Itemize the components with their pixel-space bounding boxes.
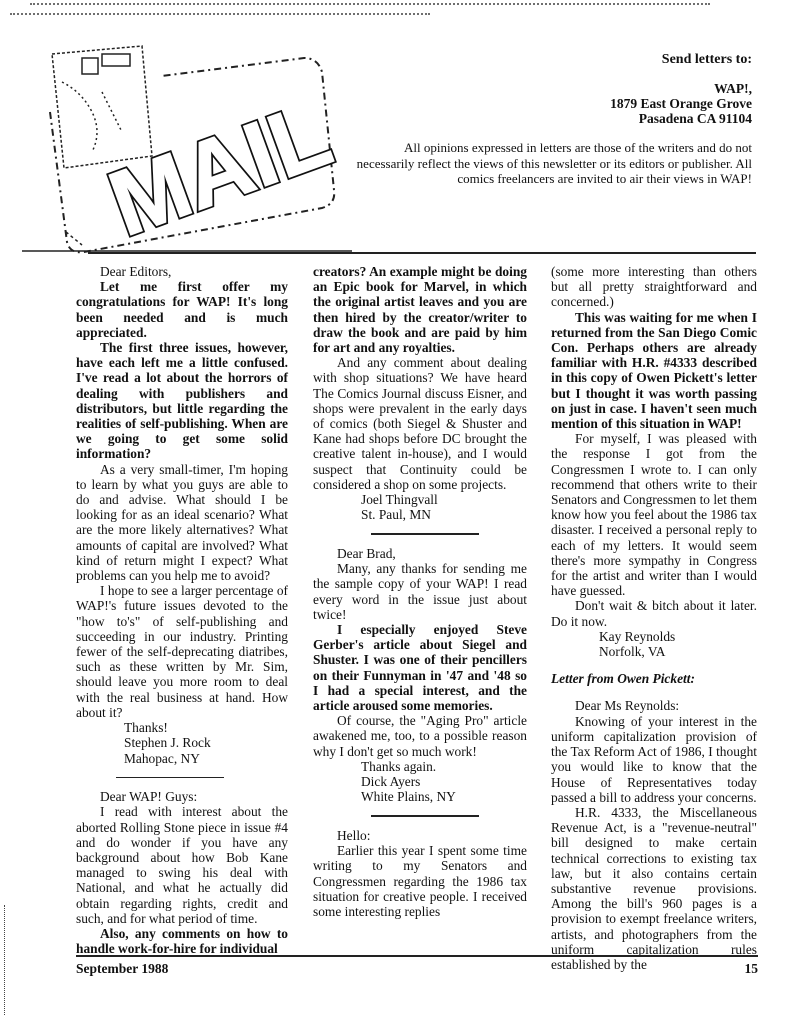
signature-name: Kay Reynolds bbox=[551, 629, 757, 644]
paragraph: And any comment about dealing with shop … bbox=[313, 355, 527, 492]
paragraph: Of course, the "Aging Pro" article awake… bbox=[313, 713, 527, 759]
enclosure-label: Letter from Owen Pickett: bbox=[551, 671, 757, 686]
scan-noise bbox=[0, 0, 790, 30]
paragraph: Knowing of your interest in the uniform … bbox=[551, 714, 757, 805]
scan-margin-mark bbox=[4, 905, 6, 1015]
salutation: Dear WAP! Guys: bbox=[76, 789, 288, 804]
issue-date: September 1988 bbox=[76, 961, 168, 977]
paragraph: Earlier this year I spent some time writ… bbox=[313, 843, 527, 919]
address-line: WAP!, bbox=[352, 81, 752, 96]
signature-name: Joel Thingvall bbox=[313, 492, 527, 507]
signature-location: Norfolk, VA bbox=[551, 644, 757, 659]
page-number: 15 bbox=[745, 961, 759, 977]
mail-stamp-logo: MAIL MAIL bbox=[22, 32, 352, 257]
paragraph: As a very small-timer, I'm hoping to lea… bbox=[76, 462, 288, 584]
signature-location: White Plains, NY bbox=[313, 789, 527, 804]
paragraph: Many, any thanks for sending me the samp… bbox=[313, 561, 527, 622]
paragraph: I hope to see a larger percentage of WAP… bbox=[76, 583, 288, 720]
letter-divider bbox=[371, 815, 479, 817]
letters-header: Send letters to: WAP!, 1879 East Orange … bbox=[352, 52, 752, 187]
send-letters-heading: Send letters to: bbox=[352, 52, 752, 67]
column-3: (some more interesting than others but a… bbox=[551, 264, 757, 972]
paragraph: Don't wait & bitch about it later. Do it… bbox=[551, 598, 757, 628]
svg-text:MAIL: MAIL bbox=[97, 83, 343, 256]
signature-closing: Thanks! bbox=[76, 720, 288, 735]
letter-divider bbox=[116, 777, 224, 779]
paragraph-continued: creators? An example might be doing an E… bbox=[313, 264, 527, 355]
salutation: Dear Editors, bbox=[76, 264, 288, 279]
signature-location: St. Paul, MN bbox=[313, 507, 527, 522]
salutation: Dear Ms Reynolds: bbox=[551, 698, 757, 713]
paragraph: For myself, I was pleased with the respo… bbox=[551, 431, 757, 598]
paragraph: H.R. 4333, the Miscellaneous Revenue Act… bbox=[551, 805, 757, 972]
paragraph: Also, any comments on how to handle work… bbox=[76, 926, 288, 956]
footer-divider bbox=[76, 955, 758, 957]
mailing-address: WAP!, 1879 East Orange Grove Pasadena CA… bbox=[352, 81, 752, 126]
paragraph: Let me first offer my congratulations fo… bbox=[76, 279, 288, 340]
paragraph: I especially enjoyed Steve Gerber's arti… bbox=[313, 622, 527, 713]
salutation: Hello: bbox=[313, 828, 527, 843]
paragraph-continued: (some more interesting than others but a… bbox=[551, 264, 757, 310]
column-2: creators? An example might be doing an E… bbox=[313, 264, 527, 919]
header-divider bbox=[88, 252, 756, 254]
address-line: 1879 East Orange Grove bbox=[352, 96, 752, 111]
salutation: Dear Brad, bbox=[313, 546, 527, 561]
letter-divider bbox=[371, 533, 479, 535]
signature-closing: Thanks again. bbox=[313, 759, 527, 774]
column-1: Dear Editors, Let me first offer my cong… bbox=[76, 264, 288, 956]
address-line: Pasadena CA 91104 bbox=[352, 111, 752, 126]
paragraph: This was waiting for me when I returned … bbox=[551, 310, 757, 432]
signature-name: Stephen J. Rock bbox=[76, 735, 288, 750]
paragraph: The first three issues, however, have ea… bbox=[76, 340, 288, 462]
paragraph: I read with interest about the aborted R… bbox=[76, 804, 288, 926]
disclaimer: All opinions expressed in letters are th… bbox=[352, 140, 752, 187]
signature-name: Dick Ayers bbox=[313, 774, 527, 789]
signature-location: Mahopac, NY bbox=[76, 751, 288, 766]
